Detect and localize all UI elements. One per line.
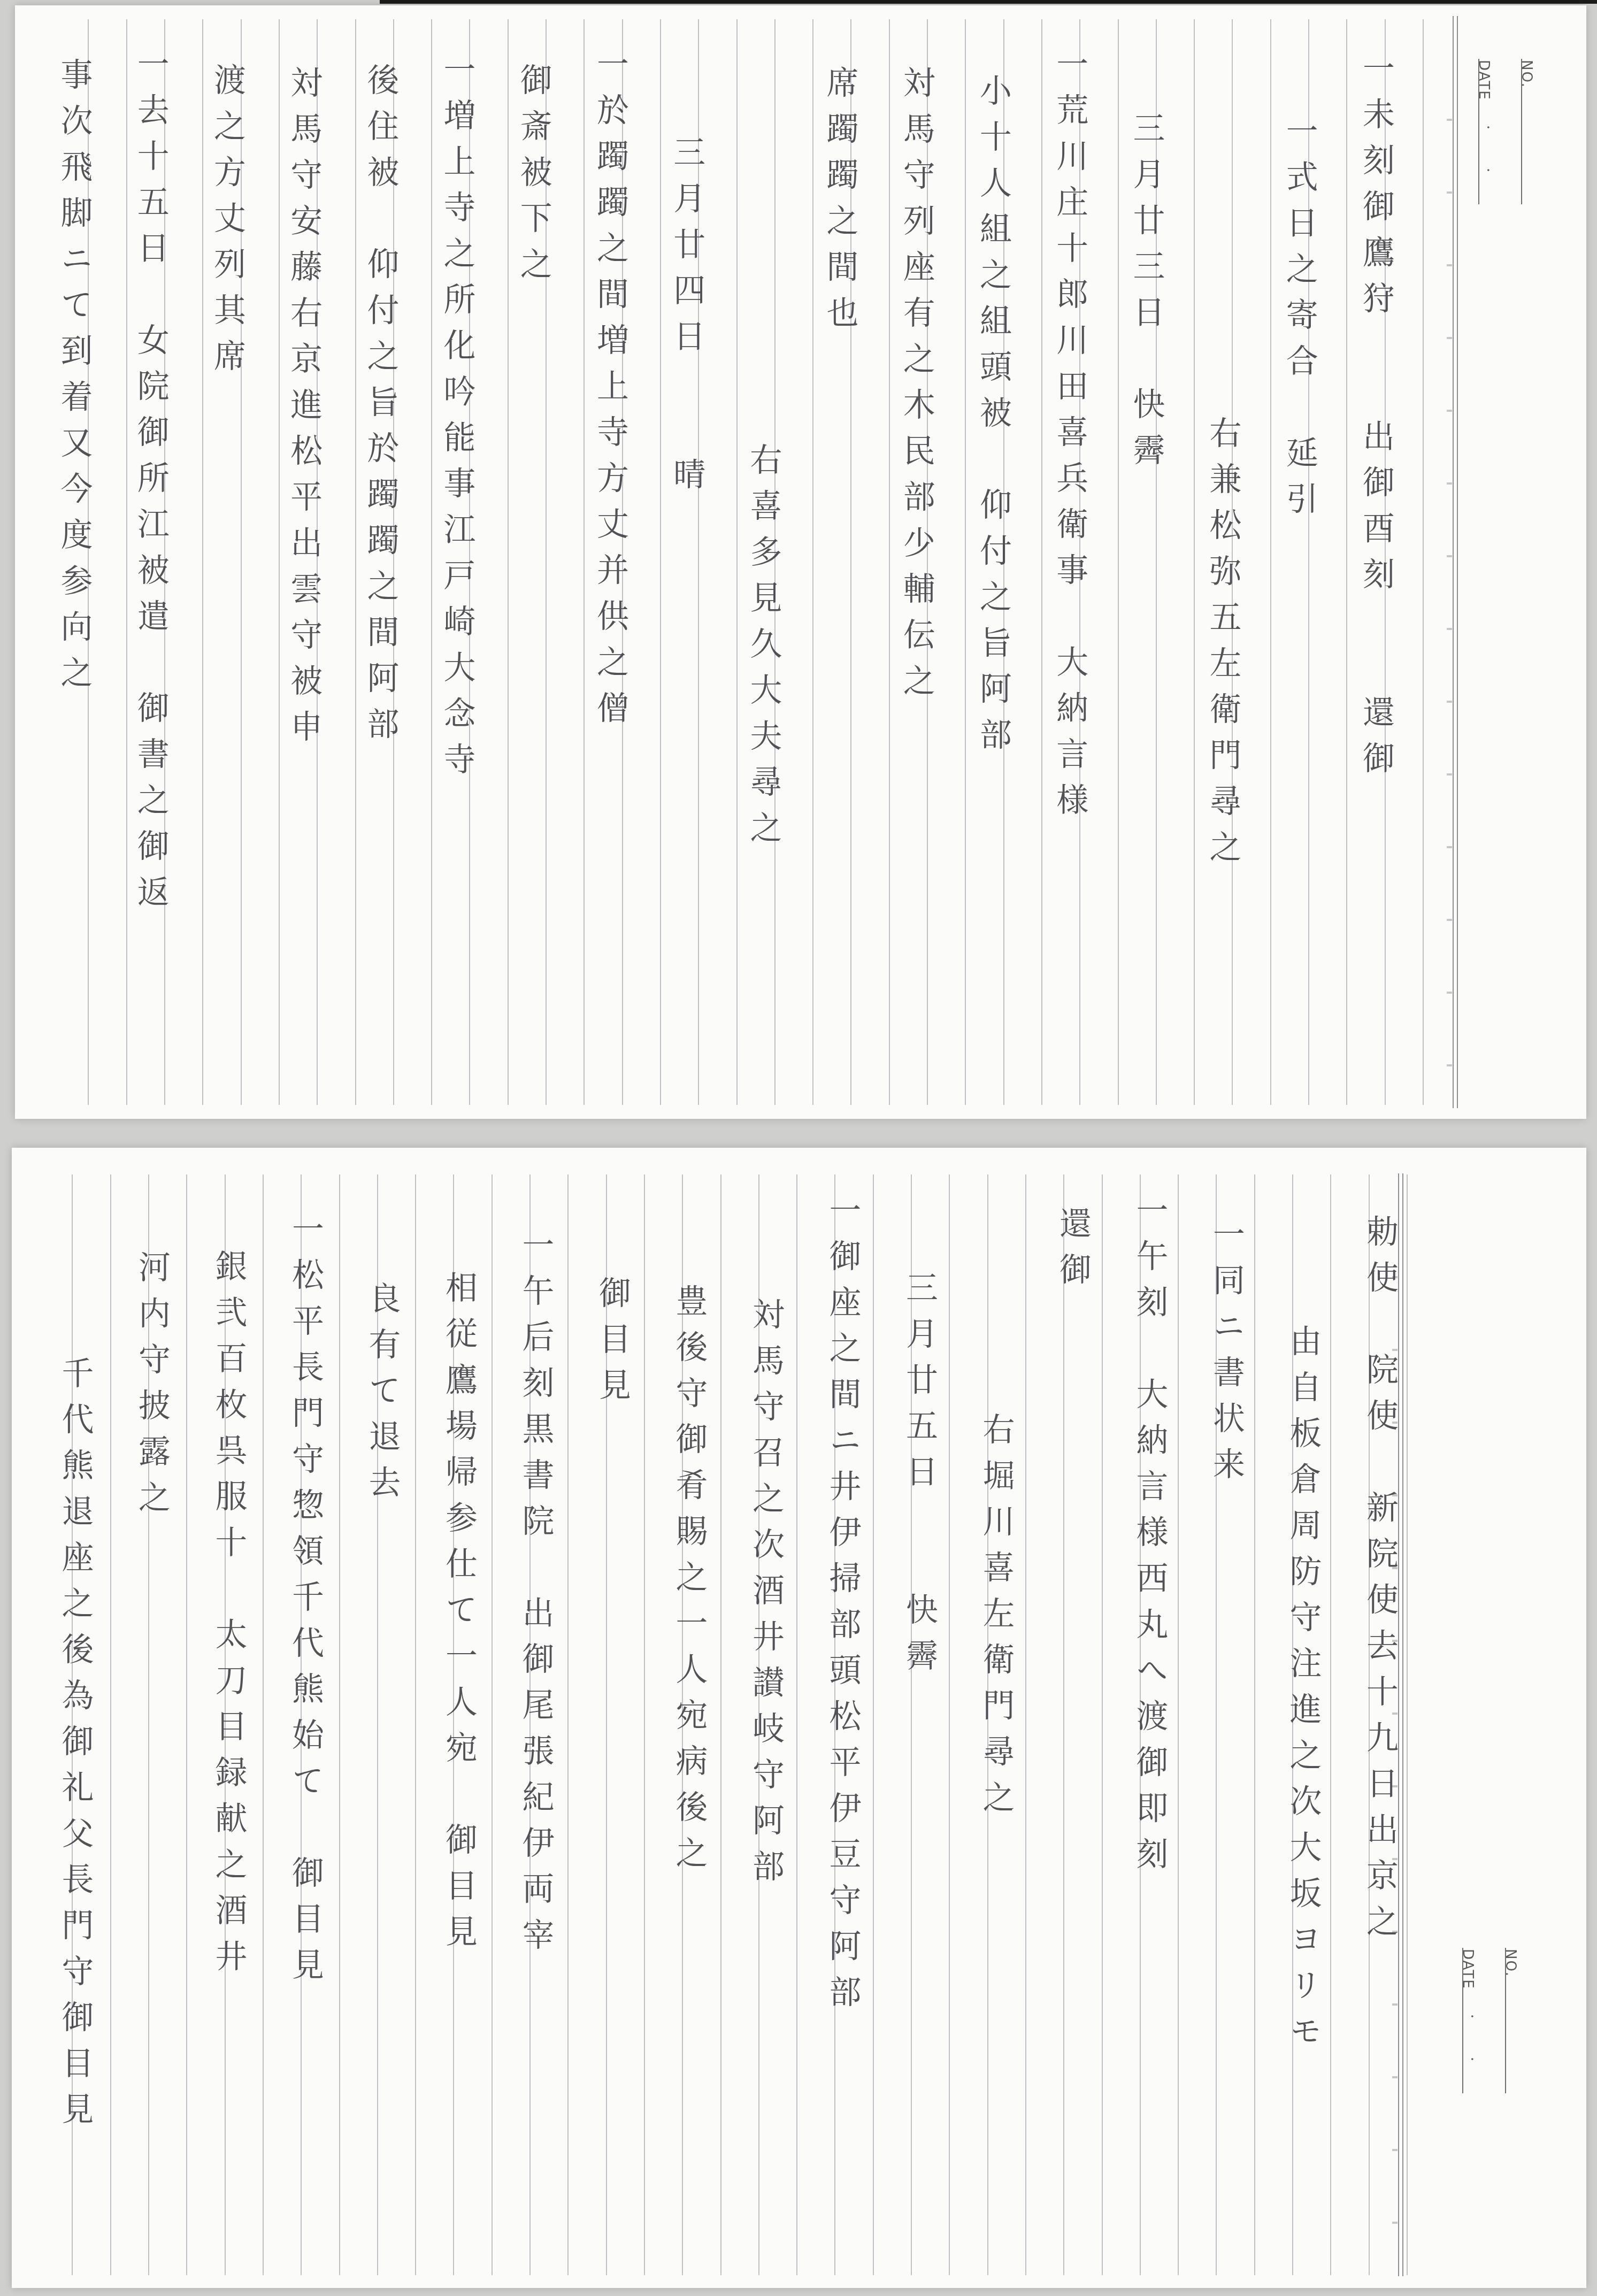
handwritten-column: 渡之方丈列其席 — [204, 63, 250, 385]
scan-edge — [380, 0, 1597, 4]
handwritten-column: 対馬守召之次酒井讃岐守阿部 — [743, 1297, 789, 1895]
handwritten-column: 一於躅躅之間増上寺方丈并供之僧 — [587, 47, 633, 737]
handwritten-column: 後住被 仰付之旨於躅躅之間阿部 — [357, 63, 403, 753]
handwritten-column: 右兼松弥五左衛門尋之 — [1200, 416, 1246, 876]
handwritten-column: 一御座之間ニ井伊掃部頭松平伊豆守阿部 — [820, 1193, 866, 2021]
handwritten-column: 銀弐百枚呉服十 太刀目録献之酒井 — [206, 1249, 252, 1985]
handwritten-column: 三月廿四日 晴 — [664, 135, 710, 503]
handwritten-column: 一午刻 大納言様西丸へ渡御即刻 — [1127, 1193, 1173, 1883]
handwritten-column: 一未刻御鷹狩 出御酉刻 還御 — [1353, 51, 1399, 787]
handwritten-column: 一午后刻黒書院 出御尾張紀伊両宰 — [513, 1228, 559, 1964]
handwritten-column: 還御 — [1050, 1207, 1096, 1299]
handwritten-column: 良有て退去 — [359, 1281, 405, 1511]
handwritten-column: 一増上寺之所化吟能事江戸崎大念寺 — [434, 52, 480, 788]
handwritten-column: 一式日之寄合 延引 — [1277, 114, 1323, 528]
handwritten-column: 一松平長門守惣領千代熊始て 御目見 — [282, 1212, 328, 1994]
handwritten-column: 千代熊退座之後為御礼父長門守御目見 — [52, 1356, 98, 2138]
handwritten-column: 由自板倉周防守注進之次大坂ヨリモ — [1280, 1324, 1326, 2060]
handwritten-column: 相従鷹場帰参仕て一人宛 御目見 — [436, 1271, 482, 1961]
handwritten-column: 席躅躅之間也 — [817, 66, 863, 342]
handwritten-column: 右喜多見久大夫尋之 — [740, 443, 786, 857]
handwritten-column: 一去十五日 女院御所江被遣 御書之御返 — [128, 47, 174, 921]
handwritten-column: 右堀川喜左衛門尋之 — [973, 1412, 1019, 1826]
handwritten-column: 勅使 院使 新院使去十九日出京之 — [1357, 1215, 1403, 1951]
handwritten-column: 河内守披露之 — [129, 1250, 175, 1526]
notebook-page-2: NO. DATE ・ ・ 勅使 院使 新院使去十九日出京之由自板倉周防守注進之次… — [12, 1148, 1586, 2288]
handwritten-column: 一荒川庄十郎川田喜兵衛事 大納言様 — [1047, 47, 1093, 829]
handwritten-column: 対馬守安藤右京進松平出雲守被申 — [281, 66, 327, 756]
handwritten-column: 豊後守御肴賜之一人宛病後之 — [666, 1284, 712, 1882]
handwritten-column: 一同ニ書状来 — [1203, 1217, 1249, 1493]
handwritten-column: 対馬守列座有之木民部少輔伝之 — [894, 66, 940, 710]
handwritten-column: 御斎被下之 — [511, 63, 557, 293]
handwritten-column: 小十人組之組頭被 仰付之旨阿部 — [970, 74, 1016, 764]
handwritten-column: 三月廿三日 快霽 — [1123, 111, 1169, 479]
handwritten-column: 御目見 — [589, 1276, 635, 1414]
notebook-page-1: NO. DATE ・ ・ 一未刻御鷹狩 出御酉刻 還御一式日之寄合 延引右兼松弥… — [15, 5, 1586, 1119]
handwritten-column: 事次飛脚ニて到着又今度参向之 — [51, 58, 97, 702]
handwritten-columns-page-1: 一未刻御鷹狩 出御酉刻 還御一式日之寄合 延引右兼松弥五左衛門尋之三月廿三日 快… — [15, 47, 1586, 1114]
handwritten-columns-page-2: 勅使 院使 新院使去十九日出京之由自板倉周防守注進之次大坂ヨリモ一同ニ書状来一午… — [12, 1193, 1586, 2284]
handwritten-column: 三月廿五日 快霽 — [896, 1271, 942, 1685]
